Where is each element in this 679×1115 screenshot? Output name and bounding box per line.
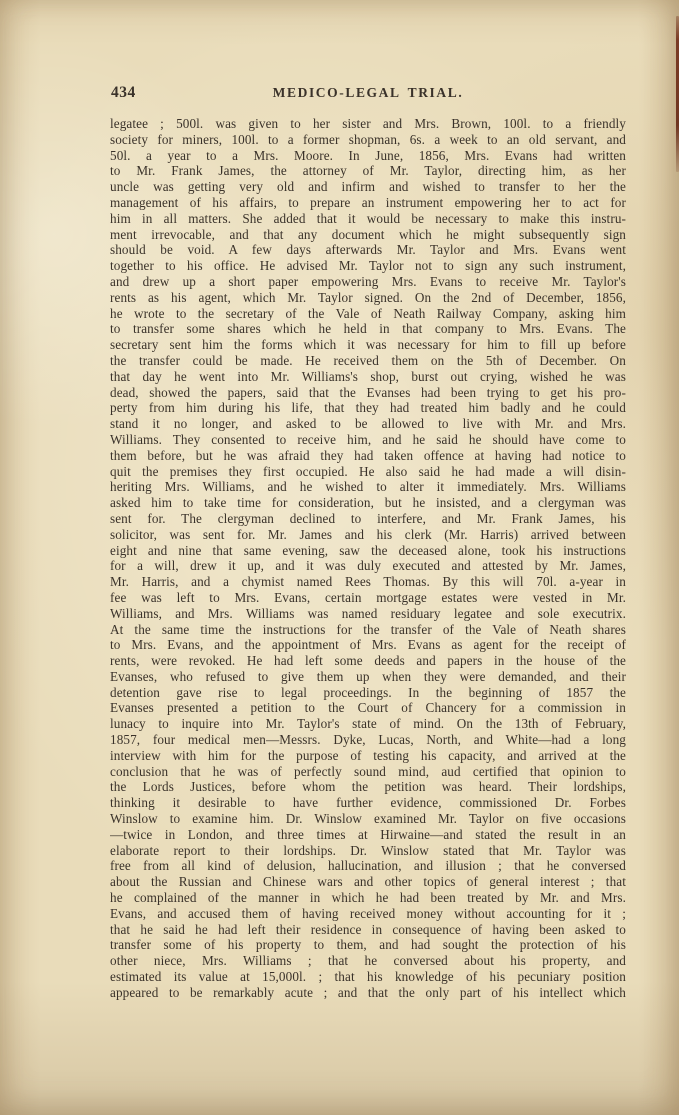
text-line: detention gave rise to legal proceedings…: [110, 685, 626, 701]
text-line: rents as his agent, which Mr. Taylor sig…: [110, 290, 626, 306]
text-line: heriting Mrs. Williams, and he wished to…: [110, 479, 626, 495]
text-line: 1857, four medical men—Messrs. Dyke, Luc…: [110, 732, 626, 748]
text-line: 50l. a year to a Mrs. Moore. In June, 18…: [110, 148, 626, 164]
text-line: should be void. A few days afterwards Mr…: [110, 242, 626, 258]
text-line: management of his affairs, to prepare an…: [110, 195, 626, 211]
text-line: that day he went into Mr. Williams's sho…: [110, 369, 626, 385]
running-title: MEDICO-LEGAL TRIAL.: [110, 85, 626, 101]
text-line: secretary sent him the forms which it wa…: [110, 337, 626, 353]
text-line: to transfer some shares which he held in…: [110, 321, 626, 337]
text-line: appeared to be remarkably acute ; and th…: [110, 985, 626, 1001]
text-line: quit the premises they first occupied. H…: [110, 464, 626, 480]
text-line: —twice in London, and three times at Hir…: [110, 827, 626, 843]
text-line: to Mrs. Evans, and the appointment of Mr…: [110, 637, 626, 653]
text-line: Mr. Harris, and a chymist named Rees Tho…: [110, 574, 626, 590]
text-line: solicitor, was sent for. Mr. James and h…: [110, 527, 626, 543]
text-line: elaborate report to their lordships. Dr.…: [110, 843, 626, 859]
text-line: At the same time the instructions for th…: [110, 622, 626, 638]
text-line: interview with him for the purpose of te…: [110, 748, 626, 764]
text-line: he complained of the manner in which he …: [110, 890, 626, 906]
text-line: Evans, and accused them of having receiv…: [110, 906, 626, 922]
text-line: eight and nine that same evening, saw th…: [110, 543, 626, 559]
book-page: 434 MEDICO-LEGAL TRIAL. legatee ; 500l. …: [0, 0, 679, 1115]
text-line: asked him to take time for consideration…: [110, 495, 626, 511]
text-line: conclusion that he was of perfectly soun…: [110, 764, 626, 780]
text-line: lunacy to inquire into Mr. Taylor's stat…: [110, 716, 626, 732]
text-line: to Mr. Frank James, the attorney of Mr. …: [110, 163, 626, 179]
text-line: perty from him during his life, that the…: [110, 400, 626, 416]
page-header: 434 MEDICO-LEGAL TRIAL.: [110, 84, 626, 101]
text-line: the transfer could be made. He received …: [110, 353, 626, 369]
text-line: ment irrevocable, and that any document …: [110, 227, 626, 243]
text-line: legatee ; 500l. was given to her sister …: [110, 116, 626, 132]
text-line: Williams, and Mrs. Williams was named re…: [110, 606, 626, 622]
text-line: transfer some of his property to them, a…: [110, 937, 626, 953]
text-line: Winslow to examine him. Dr. Winslow exam…: [110, 811, 626, 827]
text-line: estimated its value at 15,000l. ; that h…: [110, 969, 626, 985]
body-text: legatee ; 500l. was given to her sister …: [110, 116, 626, 1001]
text-line: uncle was getting very old and infirm an…: [110, 179, 626, 195]
text-line: for a will, drew it up, and it was duly …: [110, 558, 626, 574]
text-line: stand it no longer, and asked to be allo…: [110, 416, 626, 432]
text-line: thinking it desirable to have further ev…: [110, 795, 626, 811]
text-line: together to his office. He advised Mr. T…: [110, 258, 626, 274]
text-line: Evanses presented a petition to the Cour…: [110, 700, 626, 716]
text-line: society for miners, 100l. to a former sh…: [110, 132, 626, 148]
text-line: him in all matters. She added that it wo…: [110, 211, 626, 227]
text-line: dead, showed the papers, said that the E…: [110, 385, 626, 401]
text-line: Evanses, who refused to give them up whe…: [110, 669, 626, 685]
text-line: other niece, Mrs. Williams ; that he con…: [110, 953, 626, 969]
text-line: and drew up a short paper empowering Mrs…: [110, 274, 626, 290]
text-line: fee was left to Mrs. Evans, certain mort…: [110, 590, 626, 606]
text-line: Williams. They consented to receive him,…: [110, 432, 626, 448]
text-line: them before, but he was afraid they had …: [110, 448, 626, 464]
text-line: he wrote to the secretary of the Vale of…: [110, 306, 626, 322]
text-line: the Lords Justices, before whom the peti…: [110, 779, 626, 795]
text-line: that he said he had left their residence…: [110, 922, 626, 938]
text-line: rents, were revoked. He had left some de…: [110, 653, 626, 669]
text-line: free from all kind of delusion, hallucin…: [110, 858, 626, 874]
text-line: sent for. The clergyman declined to inte…: [110, 511, 626, 527]
text-line: about the Russian and Chinese wars and o…: [110, 874, 626, 890]
